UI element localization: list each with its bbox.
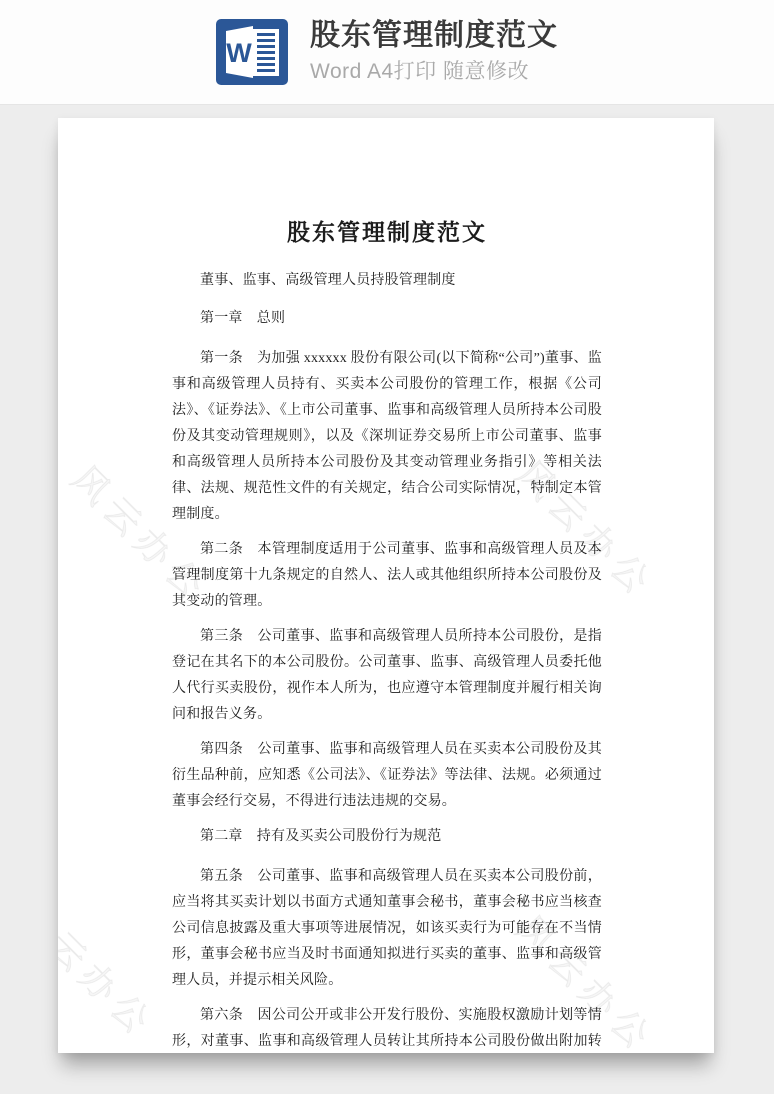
site-header: W 股东管理制度范文 Word A4打印 随意修改 xyxy=(0,0,774,104)
doc-paragraph-art-6: 第六条 因公司公开或非公开发行股份、实施股权激励计划等情形，对董事、监事和高级管… xyxy=(172,1003,602,1053)
doc-paragraph-art-3: 第三条 公司董事、监事和高级管理人员所持本公司股份，是指登记在其名下的本公司股份… xyxy=(172,624,602,728)
doc-paragraph-art-1: 第一条 为加强 xxxxxx 股份有限公司(以下简称“公司”)董事、监事和高级管… xyxy=(172,346,602,528)
doc-chapter-heading-2: 第二章 持有及买卖公司股份行为规范 xyxy=(172,824,602,850)
doc-paragraph-art-2: 第二条 本管理制度适用于公司董事、监事和高级管理人员及本管理制度第十九条规定的自… xyxy=(172,537,602,615)
doc-paragraph-art-5: 第五条 公司董事、监事和高级管理人员在买卖本公司股份前，应当将其买卖计划以书面方… xyxy=(172,864,602,994)
word-icon-letter: W xyxy=(226,38,252,68)
header-brand: W 股东管理制度范文 Word A4打印 随意修改 xyxy=(216,19,558,85)
template-subtitle: Word A4打印 随意修改 xyxy=(310,55,558,85)
watermark-text: 风云办公 xyxy=(58,888,167,1049)
header-text: 股东管理制度范文 Word A4打印 随意修改 xyxy=(310,19,558,85)
document-page: 风云办公 风云办公 风云办公 风云办公 股东管理制度范文 董事、监事、高级管理人… xyxy=(58,118,714,1053)
template-title: 股东管理制度范文 xyxy=(310,19,558,53)
doc-paragraph-art-4: 第四条 公司董事、监事和高级管理人员在买卖本公司股份及其衍生品种前，应知悉《公司… xyxy=(172,737,602,815)
doc-chapter-heading-1: 第一章 总则 xyxy=(172,306,602,332)
word-document-icon: W xyxy=(216,19,288,85)
document-title: 股东管理制度范文 xyxy=(172,218,602,248)
doc-subtitle-line: 董事、监事、高级管理人员持股管理制度 xyxy=(172,268,602,294)
